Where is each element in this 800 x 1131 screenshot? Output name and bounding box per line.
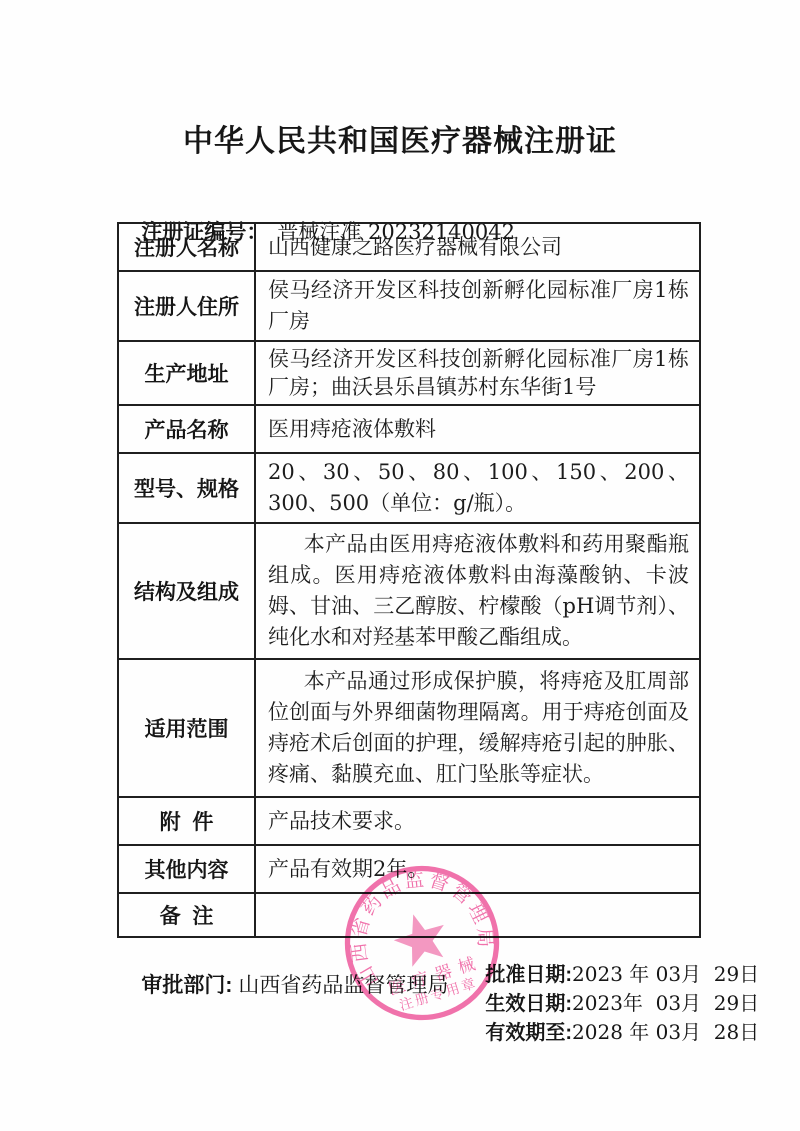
approval-date-value: 2023 年 03月 29日 — [572, 962, 759, 986]
row-value: 本产品通过形成保护膜，将痔疮及肛周部位创面与外界细菌物理隔离。用于痔疮创面及痔疮… — [255, 659, 700, 797]
row-label: 附 件 — [118, 797, 255, 845]
table-row: 型号、规格 20、30、50、80、100、150、200、300、500（单位… — [118, 453, 700, 523]
row-label: 备 注 — [118, 893, 255, 937]
row-label: 适用范围 — [118, 659, 255, 797]
approval-date-label: 批准日期: — [485, 964, 572, 986]
expiry-date-value: 2028 年 03月 28日 — [572, 1020, 759, 1044]
row-value: 山西健康之路医疗器械有限公司 — [255, 223, 700, 271]
effective-date-value: 2023年 03月 29日 — [572, 991, 759, 1015]
approval-department-value: 山西省药品监督管理局 — [238, 973, 448, 997]
table-row: 注册人名称 山西健康之路医疗器械有限公司 — [118, 223, 700, 271]
row-value: 本产品由医用痔疮液体敷料和药用聚酯瓶组成。医用痔疮液体敷料由海藻酸钠、卡波姆、甘… — [255, 523, 700, 659]
effective-date-label: 生效日期: — [485, 993, 572, 1015]
approval-department-line: 审批部门:山西省药品监督管理局 — [118, 945, 448, 1023]
row-label: 注册人名称 — [118, 223, 255, 271]
row-value: 医用痔疮液体敷料 — [255, 405, 700, 453]
approval-date-line: 批准日期:2023 年 03月 29日 — [452, 938, 692, 967]
approval-department-label: 审批部门: — [141, 974, 232, 997]
table-row: 适用范围 本产品通过形成保护膜，将痔疮及肛周部位创面与外界细菌物理隔离。用于痔疮… — [118, 659, 700, 797]
certificate-page: 中华人民共和国医疗器械注册证 注册证编号：晋械注准 20232140042 注册… — [0, 0, 800, 1131]
table-row: 其他内容 产品有效期2年。 — [118, 845, 700, 893]
row-value: 侯马经济开发区科技创新孵化园标准厂房1栋厂房；曲沃县乐昌镇苏村东华街1号 — [255, 341, 700, 405]
row-value: 产品技术要求。 — [255, 797, 700, 845]
table-row: 备 注 — [118, 893, 700, 937]
row-value: 侯马经济开发区科技创新孵化园标准厂房1栋厂房 — [255, 271, 700, 341]
row-value — [255, 893, 700, 937]
page-title: 中华人民共和国医疗器械注册证 — [0, 116, 800, 160]
certificate-table: 注册人名称 山西健康之路医疗器械有限公司 注册人住所 侯马经济开发区科技创新孵化… — [117, 222, 701, 938]
row-label: 产品名称 — [118, 405, 255, 453]
row-label: 结构及组成 — [118, 523, 255, 659]
table-row: 产品名称 医用痔疮液体敷料 — [118, 405, 700, 453]
date-block: 批准日期:2023 年 03月 29日 生效日期:2023年 03月 29日 有… — [452, 938, 692, 1025]
table-row: 附 件 产品技术要求。 — [118, 797, 700, 845]
row-label: 其他内容 — [118, 845, 255, 893]
table-row: 生产地址 侯马经济开发区科技创新孵化园标准厂房1栋厂房；曲沃县乐昌镇苏村东华街1… — [118, 341, 700, 405]
row-label: 注册人住所 — [118, 271, 255, 341]
row-value: 产品有效期2年。 — [255, 845, 700, 893]
row-label: 型号、规格 — [118, 453, 255, 523]
row-value: 20、30、50、80、100、150、200、300、500（单位：g/瓶）。 — [255, 453, 700, 523]
expiry-date-label: 有效期至: — [485, 1022, 572, 1044]
table-row: 注册人住所 侯马经济开发区科技创新孵化园标准厂房1栋厂房 — [118, 271, 700, 341]
row-label: 生产地址 — [118, 341, 255, 405]
table-row: 结构及组成 本产品由医用痔疮液体敷料和药用聚酯瓶组成。医用痔疮液体敷料由海藻酸钠… — [118, 523, 700, 659]
